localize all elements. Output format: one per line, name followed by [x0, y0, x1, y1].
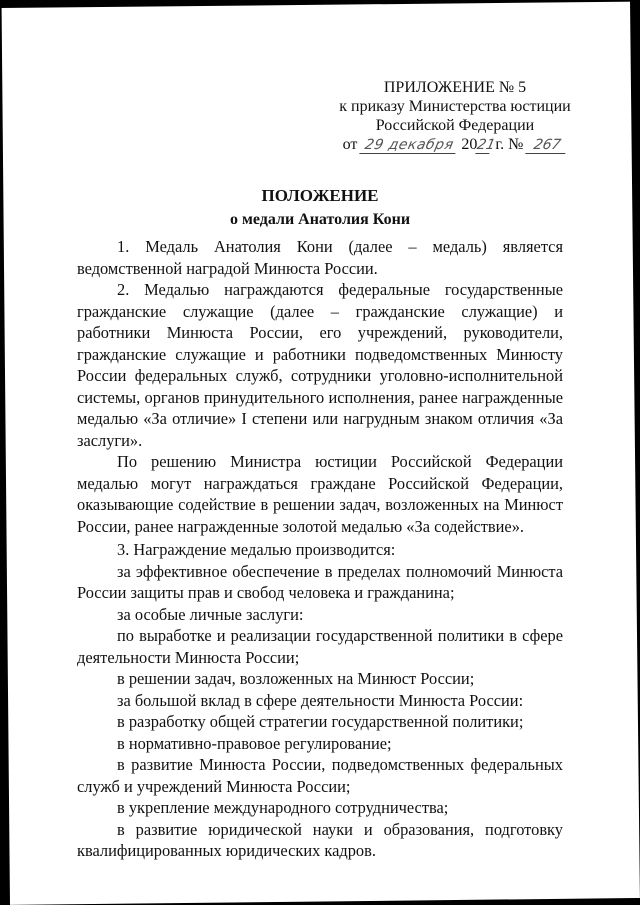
scan-border-bottom — [0, 898, 640, 905]
list-item-science: в развитие юридической науки и образован… — [77, 819, 563, 862]
list-item-contribution: за большой вклад в сфере деятельности Ми… — [77, 690, 563, 712]
list-item-regulation: в нормативно-правовое регулирование; — [77, 733, 563, 755]
paragraph-1: 1. Медаль Анатолия Кони (далее – медаль)… — [77, 236, 563, 279]
paragraph-2-minister: По решению Министра юстиции Российской Ф… — [77, 451, 563, 537]
paragraph-2: 2. Медалью награждаются федеральные госу… — [77, 279, 563, 451]
title-main: ПОЛОЖЕНИЕ — [0, 184, 640, 208]
handwritten-year: 21 — [476, 138, 493, 154]
appendix-number: ПРИЛОЖЕНИЕ № 5 — [330, 78, 580, 97]
list-item-protection: за эффективное обеспечение в пределах по… — [77, 561, 563, 604]
scan-border-left — [0, 0, 10, 905]
number-prefix: г. № — [495, 136, 523, 153]
paragraph-3: 3. Награждение медалью производится: — [77, 539, 563, 561]
federation-line: Российской Федерации — [330, 116, 580, 135]
scan-border-top — [0, 0, 640, 8]
list-item-cooperation: в укрепление международного сотрудничест… — [77, 797, 563, 819]
scan-border-right — [630, 0, 640, 905]
title-subtitle: о медали Анатолия Кони — [0, 208, 640, 232]
list-item-policy: по выработке и реализации государственно… — [77, 625, 563, 668]
list-item-development: в развитие Минюста России, подведомствен… — [77, 754, 563, 797]
date-prefix: от — [343, 136, 358, 153]
document-body: 1. Медаль Анатолия Кони (далее – медаль)… — [77, 236, 563, 862]
handwritten-date: 29 декабря — [360, 138, 459, 154]
document-title: ПОЛОЖЕНИЕ о медали Анатолия Кони — [0, 184, 640, 232]
order-reference: к приказу Министерства юстиции — [330, 97, 580, 116]
list-item-strategy: в разработку общей стратегии государстве… — [77, 711, 563, 733]
order-date-line: от 29 декабря 2021 г. № 267 — [330, 135, 580, 154]
handwritten-order-number: 267 — [526, 138, 569, 154]
appendix-header: ПРИЛОЖЕНИЕ № 5 к приказу Министерства юс… — [330, 78, 580, 154]
list-item-personal-merits: за особые личные заслуги: — [77, 604, 563, 626]
list-item-tasks: в решении задач, возложенных на Минюст Р… — [77, 668, 563, 690]
